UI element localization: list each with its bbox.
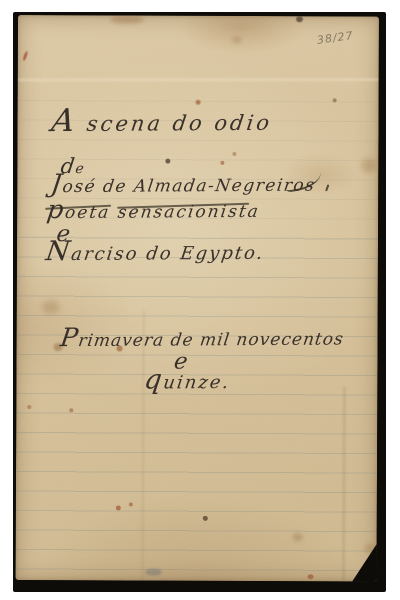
manuscript-date-line-2: quinze. [142, 364, 232, 396]
stain-spot [27, 405, 31, 409]
manuscript-title-line: A scena do odio [49, 102, 274, 139]
manuscript-epithet-line: poeta sensacionista [45, 194, 262, 225]
stain-spot [146, 569, 162, 576]
stain-spot [232, 37, 242, 43]
stain-spot [232, 152, 236, 156]
stain-spot [165, 159, 170, 164]
stain-spot [333, 98, 337, 102]
manuscript-date-line-1: Primavera de mil novecentos [59, 321, 347, 353]
stain-spot [293, 533, 303, 541]
stain-spot [42, 300, 60, 314]
stain-spot [129, 502, 133, 506]
manuscript-epithet-line-2: Narciso do Egypto. [44, 235, 267, 267]
stain-spot [296, 16, 303, 22]
stain-spot [361, 158, 377, 172]
stain-spot [308, 574, 314, 579]
stain-spot [110, 15, 144, 23]
manuscript-photo: 38/27 A scena do odio de José de Almada-… [13, 12, 386, 592]
manuscript-page: 38/27 A scena do odio de José de Almada-… [16, 15, 379, 582]
stain-spot [116, 505, 121, 510]
stain-spot [220, 161, 224, 165]
stain-spot [203, 516, 208, 521]
horizontal-fold-crease [18, 79, 379, 81]
stain-spot [69, 408, 73, 412]
